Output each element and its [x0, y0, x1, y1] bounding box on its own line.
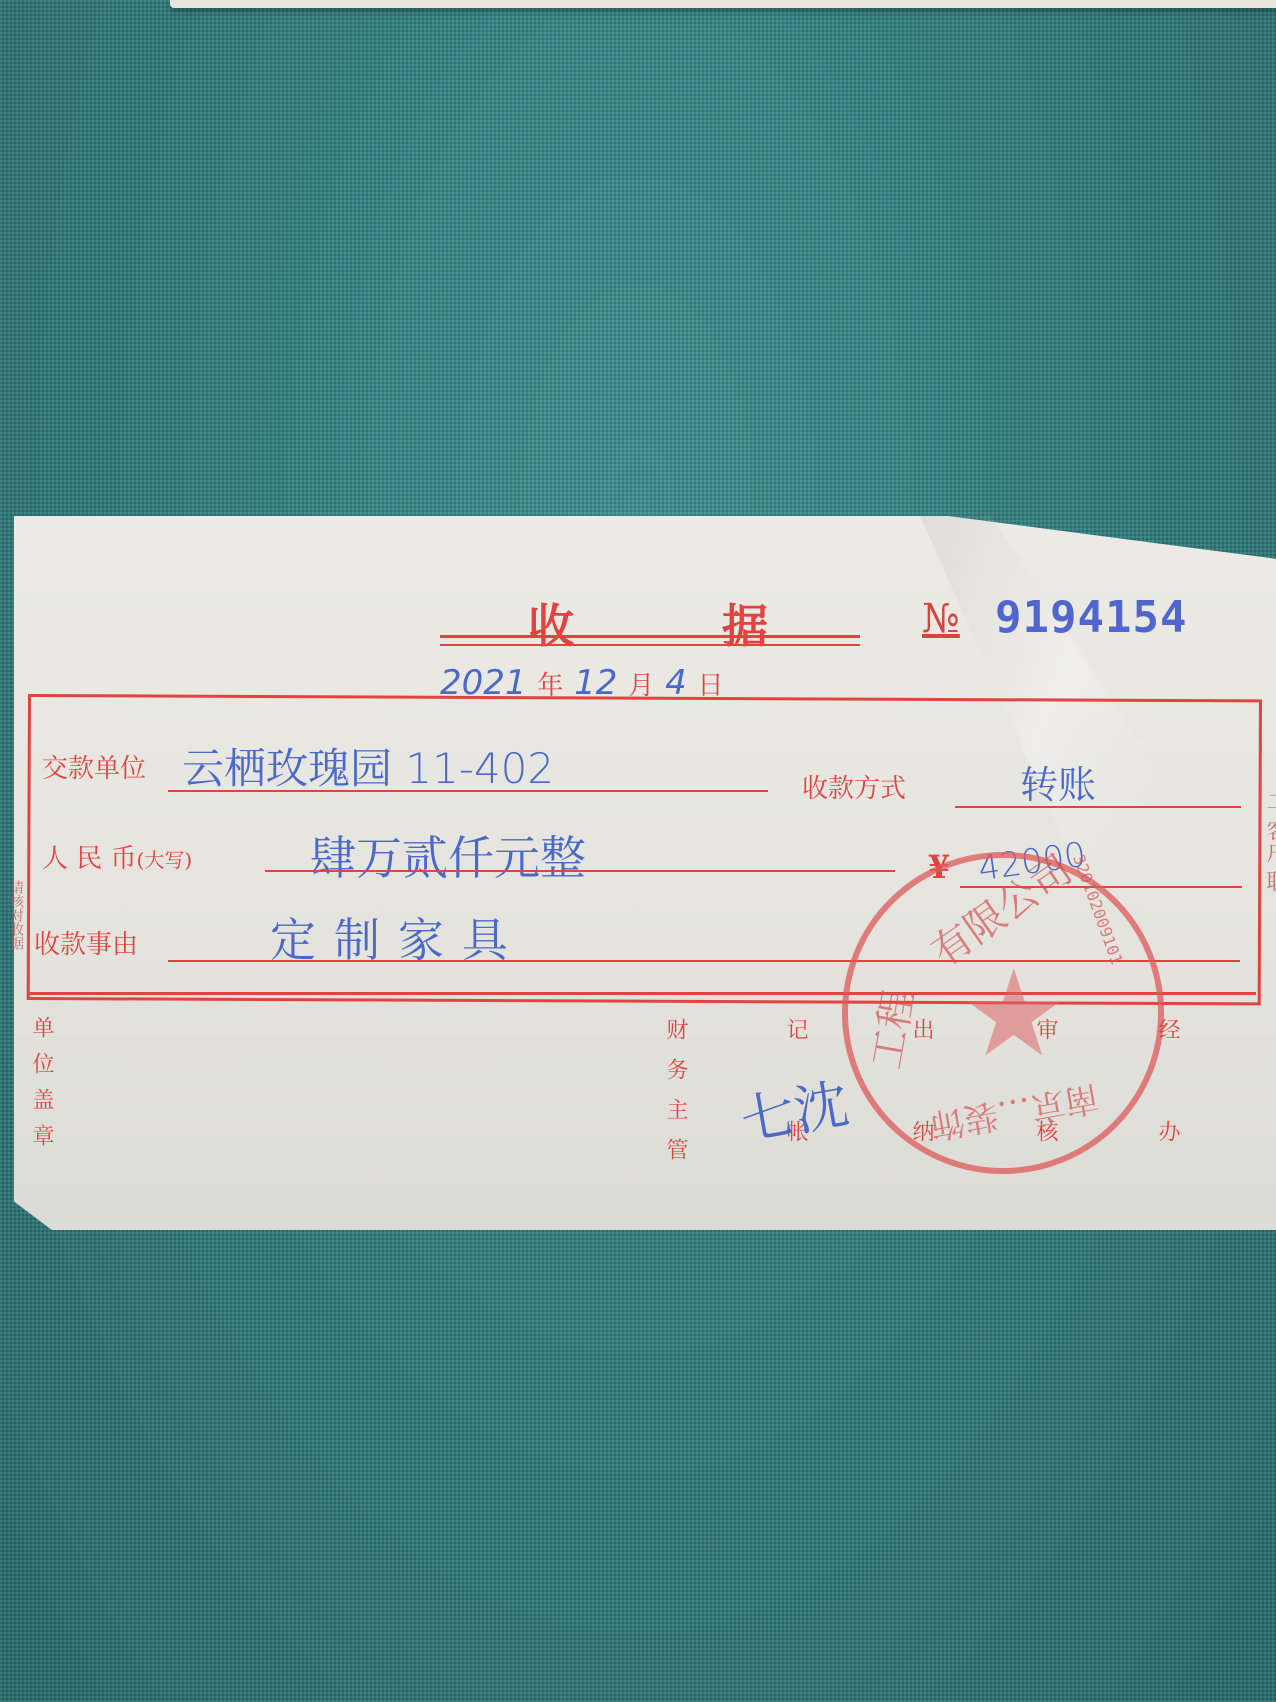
left-side-note: 请核对收据 [6, 880, 26, 950]
amount-words-note: (大写) [137, 848, 193, 872]
amount-words-value: 肆万贰仟元整 [310, 822, 586, 888]
payment-method-value: 转账 [1020, 754, 1096, 809]
payment-method-label: 收款方式 [802, 768, 906, 805]
payment-method-line [955, 806, 1241, 808]
reason-label: 收款事由 [34, 924, 138, 961]
payer-value: 云栖玫瑰园 11-402 [182, 736, 554, 796]
payer-line [168, 790, 768, 792]
finance-supervisor-label: 财务主管 [660, 1018, 691, 1178]
unit-seal-label: 单位盖章 [26, 1016, 57, 1160]
title-char-1: 收 [528, 590, 576, 656]
title-underline [440, 635, 860, 638]
handler-label: 经办 [1152, 1018, 1183, 1222]
top-paper-edge [170, 0, 1276, 8]
right-side-note: 二 客户 联 [1260, 790, 1276, 892]
amount-words-label: 人 民 币(大写) [42, 838, 192, 875]
title-char-2: 据 [722, 590, 770, 656]
amount-words-label-text: 人 民 币 [42, 844, 137, 874]
serial-label: № [922, 596, 960, 642]
title-underline-2 [440, 644, 860, 646]
amount-words-line [265, 870, 895, 872]
cashier-label: 出纳 [906, 1018, 937, 1222]
serial-number: 9194154 [995, 592, 1187, 643]
payer-label: 交款单位 [42, 748, 146, 785]
auditor-label: 审核 [1030, 1018, 1061, 1222]
